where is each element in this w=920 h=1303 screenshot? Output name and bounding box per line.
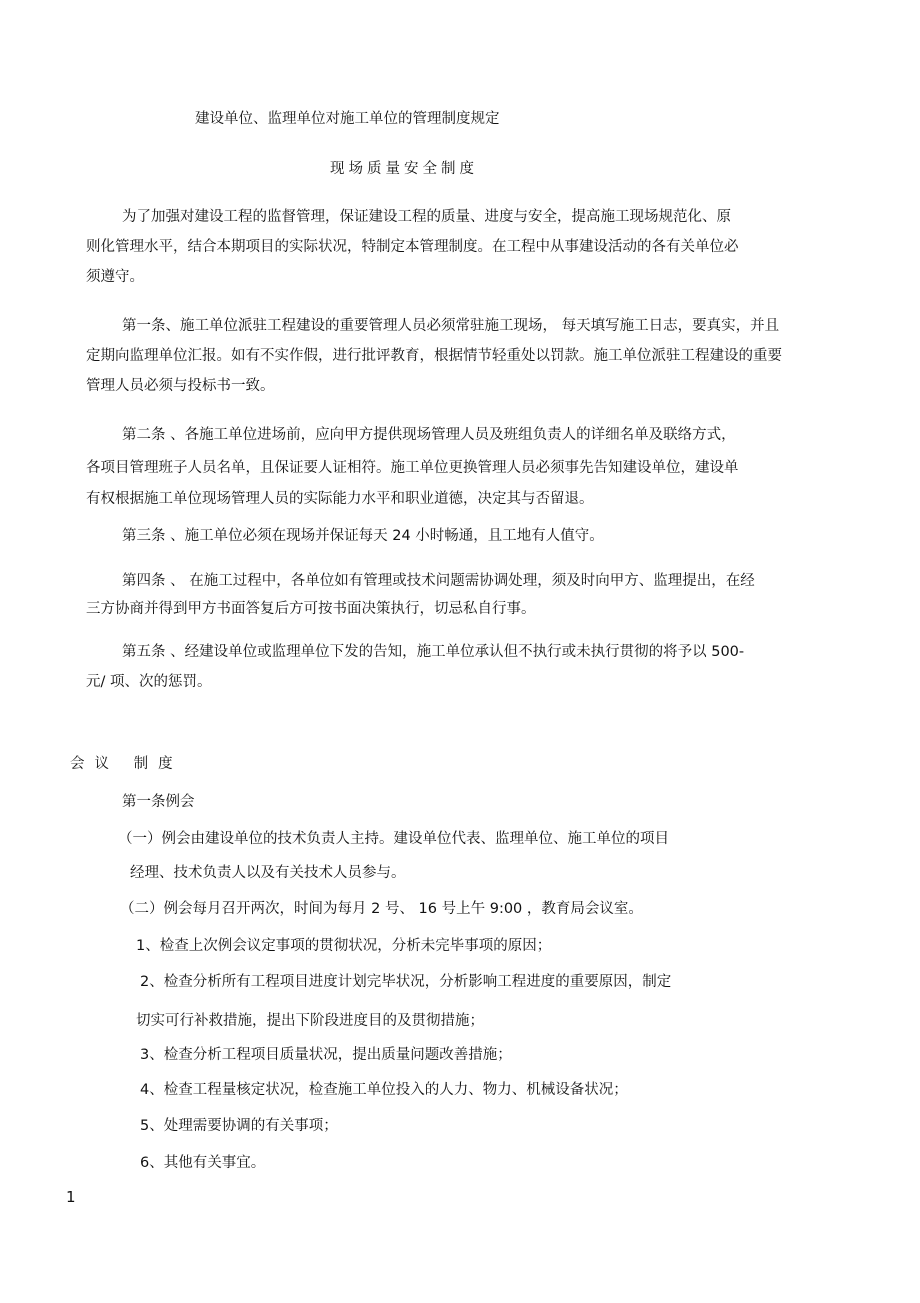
meeting-subitem-1: 1、检查上次例会议定事项的贯彻状况，分析未完毕事项的原因； bbox=[136, 937, 551, 955]
meeting-subitem-4: 4、检查工程量核定状况，检查施工单位投入的人力、物力、机械设备状况； bbox=[140, 1081, 628, 1099]
article-1-line-1: 第一条、施工单位派驻工程建设的重要管理人员必须常驻施工现场， 每天填写施工日志，… bbox=[122, 317, 779, 335]
page-number: 1 bbox=[66, 1188, 76, 1206]
meeting-subitem-6: 6、其他有关事宜。 bbox=[140, 1154, 265, 1172]
meeting-subitem-5: 5、处理需要协调的有关事项； bbox=[140, 1117, 338, 1135]
article-5-line-1: 第五条 、经建设单位或监理单位下发的告知，施工单位承认但不执行或未执行贯彻的将予… bbox=[122, 643, 744, 661]
intro-line-2: 则化管理水平，结合本期项目的实际状况，特制定本管理制度。在工程中从事建设活动的各… bbox=[86, 238, 739, 256]
meeting-subitem-3: 3、检查分析工程项目质量状况，提出质量问题改善措施； bbox=[140, 1046, 512, 1064]
article-2-line-3: 有权根据施工单位现场管理人员的实际能力水平和职业道德，决定其与否留退。 bbox=[86, 490, 594, 508]
article-1-line-3: 管理人员必须与投标书一致。 bbox=[86, 377, 275, 395]
article-2-line-1: 第二条 、各施工单位进场前，应向甲方提供现场管理人员及班组负责人的详细名单及联络… bbox=[122, 426, 736, 444]
meeting-item-1-line-2: 经理、技术负责人以及有关技术人员参与。 bbox=[130, 864, 406, 882]
section-heading-meeting: 会议 制度 bbox=[70, 755, 183, 773]
document-title: 建设单位、监理单位对施工单位的管理制度规定 bbox=[195, 110, 500, 128]
intro-line-3: 须遵守。 bbox=[86, 268, 144, 286]
article-5-line-2: 元/ 项、次的惩罚。 bbox=[86, 673, 212, 691]
meeting-subitem-2-line-1: 2、检查分析所有工程项目进度计划完毕状况，分析影响工程进度的重要原因，制定 bbox=[140, 973, 671, 991]
meeting-item-1-line-1: （一）例会由建设单位的技术负责人主持。建设单位代表、监理单位、施工单位的项目 bbox=[118, 830, 669, 848]
meeting-item-2: （二）例会每月召开两次，时间为每月 2 号、 16 号上午 9:00 ，教育局会… bbox=[120, 900, 643, 918]
article-1-line-2: 定期向监理单位汇报。如有不实作假，进行批评教育，根据情节轻重处以罚款。施工单位派… bbox=[86, 347, 782, 365]
intro-line-1: 为了加强对建设工程的监督管理，保证建设工程的质量、进度与安全，提高施工现场规范化… bbox=[122, 208, 731, 226]
article-4-line-2: 三方协商并得到甲方书面答复后方可按书面决策执行，切忌私自行事。 bbox=[86, 600, 536, 618]
article-2-line-2: 各项目管理班子人员名单，且保证要人证相符。施工单位更换管理人员必须事先告知建设单… bbox=[86, 459, 739, 477]
article-4-line-1: 第四条 、 在施工过程中，各单位如有管理或技术问题需协调处理，须及时向甲方、监理… bbox=[122, 572, 755, 590]
meeting-article-title: 第一条例会 bbox=[122, 793, 195, 811]
article-3-line-1: 第三条 、施工单位必须在现场并保证每天 24 小时畅通，且工地有人值守。 bbox=[122, 527, 604, 545]
meeting-subitem-2-line-2: 切实可行补救措施，提出下阶段进度目的及贯彻措施； bbox=[136, 1012, 484, 1030]
section-heading-quality-safety: 现场质量安全制度 bbox=[330, 160, 478, 178]
